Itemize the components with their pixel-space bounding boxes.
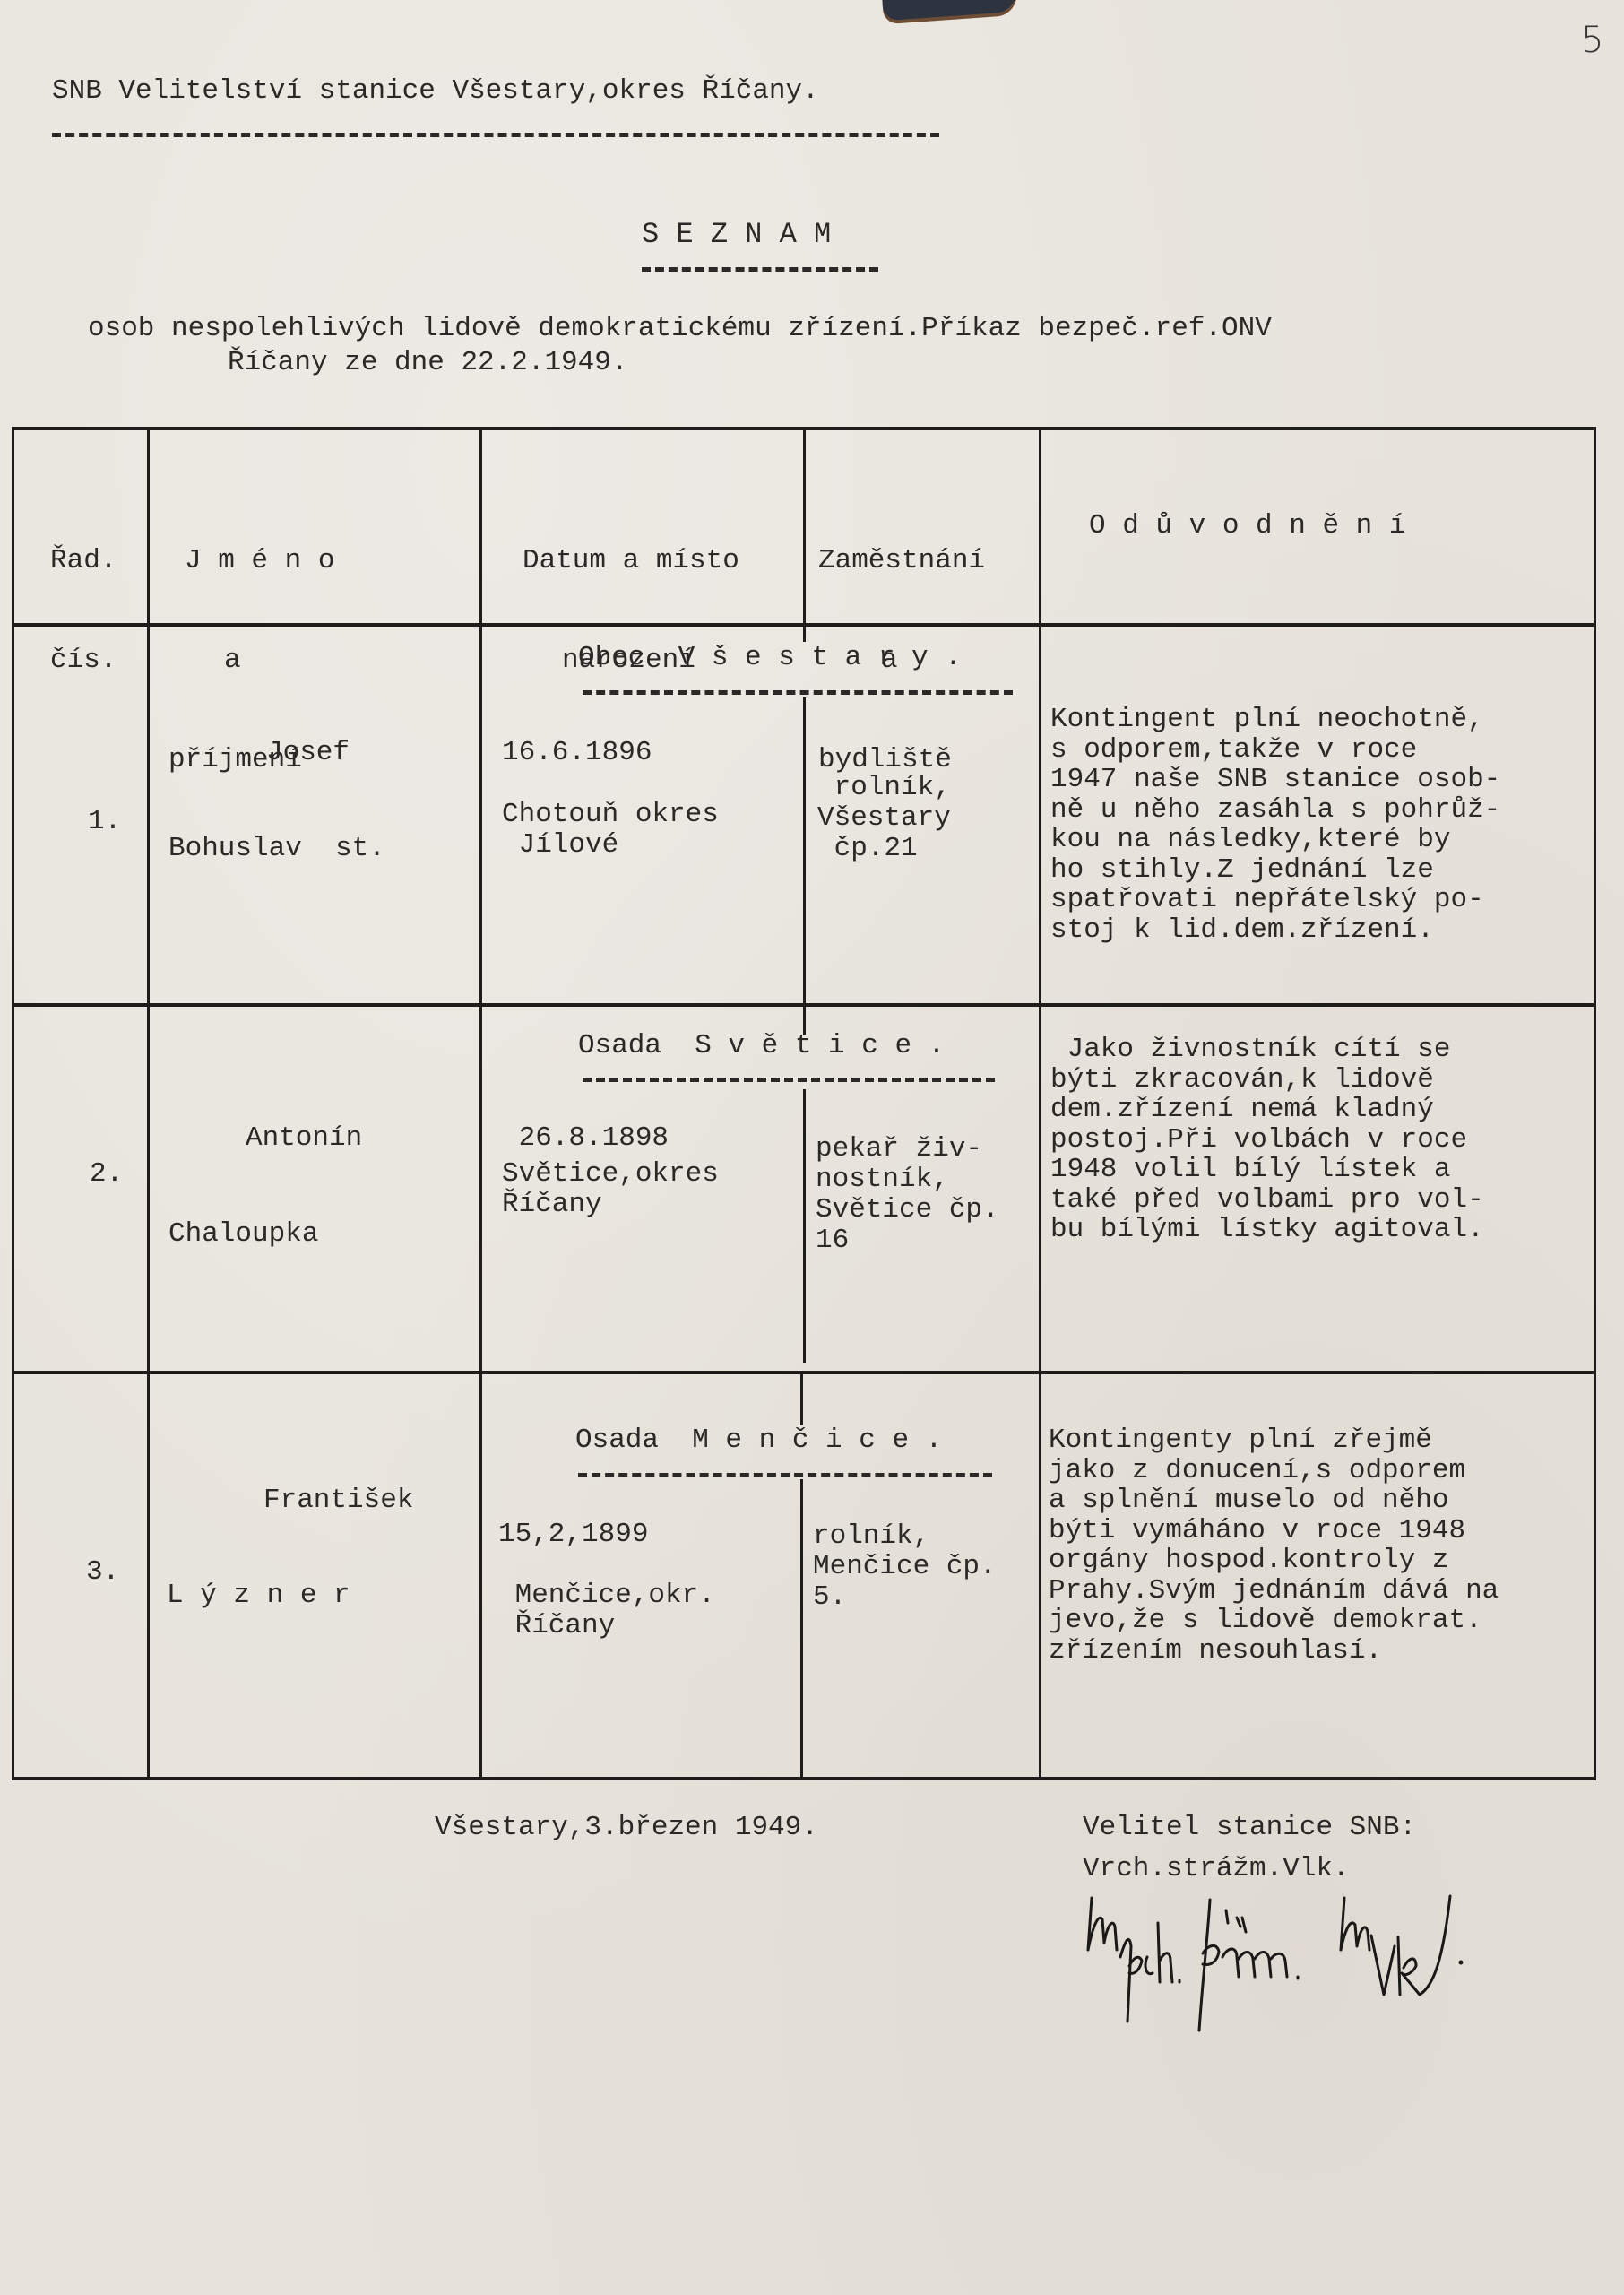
header-birth: Datum a místo narození	[523, 478, 739, 743]
column-divider	[803, 626, 806, 642]
header-text: Datum a místo	[523, 544, 739, 577]
header-name: J m é n o a příjmení	[168, 478, 334, 843]
title-underline	[642, 267, 878, 272]
document-subtitle-line2: Říčany ze dne 22.2.1949.	[228, 348, 627, 378]
column-divider	[800, 1479, 803, 1780]
first-name: Josef	[266, 738, 350, 768]
table-border-right	[1594, 427, 1596, 1780]
row-separator	[12, 1371, 1596, 1374]
place-underline	[583, 690, 1013, 695]
last-name: L ý z n e r	[167, 1581, 350, 1611]
page-number: 5	[1581, 20, 1603, 61]
place-and-date: Všestary,3.březen 1949.	[435, 1813, 818, 1843]
column-divider	[1039, 427, 1041, 1780]
birth-place: Chotouň okres Jílové	[502, 800, 719, 861]
reason-text: Jako živnostník cítí se býti zkracován,k…	[1050, 1035, 1484, 1245]
header-text: Řad.	[50, 544, 117, 577]
document-subtitle: osob nespolehlivých lidově demokratickém…	[88, 314, 1272, 344]
first-name: František	[263, 1485, 413, 1516]
header-text: J m é n o	[168, 544, 334, 577]
birth-place: Menčice,okr. Říčany	[498, 1581, 715, 1641]
column-divider	[147, 427, 150, 1780]
occupation-residence: rolník, Všestary čp.21	[817, 773, 951, 864]
reason-text: Kontingenty plní zřejmě jako z donucení,…	[1049, 1425, 1499, 1666]
row-number: 2.	[90, 1159, 123, 1190]
first-name: Antonín	[246, 1123, 362, 1154]
header-text: a	[168, 644, 334, 677]
place-underline	[578, 1473, 992, 1477]
header-reason: O d ů v o d n ě n í	[1089, 511, 1405, 541]
station-heading: SNB Velitelství stanice Všestary,okres Ř…	[52, 76, 819, 107]
column-divider	[803, 427, 806, 626]
occupation-residence: rolník, Menčice čp. 5.	[813, 1521, 997, 1613]
document-title: S E Z N A M	[642, 220, 831, 250]
birth-date: 26.8.1898	[502, 1123, 669, 1154]
place-heading: Osada S v ě t i c e .	[578, 1031, 945, 1061]
last-name: Bohuslav st.	[168, 834, 385, 864]
header-text: Zaměstnání	[818, 544, 985, 577]
birth-place: Světice,okres Říčany	[502, 1159, 719, 1220]
column-divider	[800, 1373, 803, 1425]
heading-underline	[52, 133, 939, 137]
reason-text: Kontingent plní neochotně, s odporem,tak…	[1050, 705, 1500, 945]
column-divider	[803, 1089, 806, 1363]
column-divider	[803, 697, 806, 1004]
handwritten-signature: Vrch. strážm. Vlk	[1075, 1860, 1542, 2040]
occupation-residence: pekař živ- nostník, Světice čp. 16	[816, 1134, 999, 1256]
column-divider	[479, 427, 482, 1780]
torn-paper-edge	[882, 0, 1017, 21]
birth-date: 16.6.1896	[502, 738, 652, 768]
signatory-title: Velitel stanice SNB:	[1083, 1813, 1416, 1843]
row-number: 1.	[88, 807, 121, 837]
place-heading: Osada M e n č i c e .	[575, 1425, 942, 1456]
row-number: 3.	[86, 1557, 119, 1588]
header-text: čís.	[50, 644, 117, 677]
birth-date: 15,2,1899	[498, 1520, 648, 1550]
last-name: Chaloupka	[168, 1219, 318, 1250]
place-underline	[583, 1078, 995, 1082]
table-border-bottom	[12, 1777, 1596, 1780]
place-heading: Obec V š e s t a r y .	[578, 643, 962, 673]
table-border-left	[12, 427, 14, 1780]
header-order-no: Řad. čís.	[50, 478, 117, 743]
